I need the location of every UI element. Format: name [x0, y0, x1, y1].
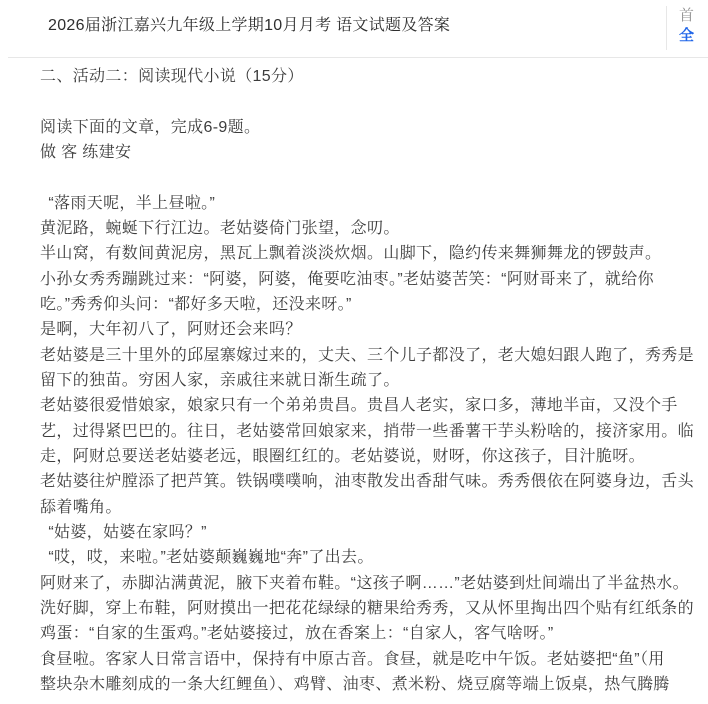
text-line: 半山窝，有数间黄泥房，黑瓦上飘着淡淡炊烟。山脚下，隐约传来舞狮舞龙的锣鼓声。: [40, 241, 698, 266]
text-line: 整块杂木雕刻成的一条大红鲤鱼）、鸡臂、油枣、煮米粉、烧豆腐等端上饭桌，热气腾腾: [40, 672, 698, 697]
text-line: 留下的独苗。穷困人家，亲戚往来就日渐生疏了。: [40, 368, 698, 393]
page-title: 2026届浙江嘉兴九年级上学期10月月考 语文试题及答案: [48, 15, 450, 36]
text-line: 阿财来了，赤脚沾满黄泥，腋下夹着布鞋。“这孩子啊……”老姑婆到灶间端出了半盆热水…: [40, 571, 698, 596]
text-line: 做 客 练建安: [40, 140, 698, 165]
text-line: 洗好脚，穿上布鞋，阿财摸出一把花花绿绿的糖果给秀秀，又从怀里掏出四个贴有红纸条的: [40, 596, 698, 621]
nav-link-home[interactable]: 首: [679, 7, 708, 25]
text-line: 黄泥路，蜿蜒下行江边。老姑婆倚门张望，念叨。: [40, 216, 698, 241]
header-nav: 首 全: [666, 6, 708, 50]
text-line: 鸡蛋：“自家的生蛋鸡。”老姑婆接过，放在香案上：“自家人，客气啥呀。”: [40, 621, 698, 646]
text-line: 食昼啦。客家人日常言语中，保持有中原古音。食昼，就是吃中午饭。老姑婆把“鱼”（用: [40, 647, 698, 672]
header: 2026届浙江嘉兴九年级上学期10月月考 语文试题及答案 首 全: [0, 0, 708, 57]
text-line: 是啊，大年初八了，阿财还会来吗？: [40, 317, 698, 342]
page: 2026届浙江嘉兴九年级上学期10月月考 语文试题及答案 首 全 二、活动二：阅…: [0, 0, 708, 704]
section-heading: 二、活动二：阅读现代小说（15分）: [40, 64, 698, 89]
text-line: 舔着嘴角。: [40, 495, 698, 520]
text-line: 艺，过得紧巴巴的。往日，老姑婆常回娘家来，捎带一些番薯干芋头粉啥的，接济家用。临: [40, 419, 698, 444]
intro-lines: 阅读下面的文章，完成6-9题。做 客 练建安: [40, 115, 698, 166]
story-lines: “落雨天呢，半上昼啦。”黄泥路，蜿蜒下行江边。老姑婆倚门张望，念叨。半山窝，有数…: [40, 191, 698, 698]
text-line: 阅读下面的文章，完成6-9题。: [40, 115, 698, 140]
text-line: 老姑婆是三十里外的邱屋寨嫁过来的，丈夫、三个儿子都没了，老大媳妇跟人跑了，秀秀是: [40, 343, 698, 368]
nav-link-all[interactable]: 全: [679, 27, 708, 45]
text-line: “姑婆，姑婆在家吗？”: [40, 520, 698, 545]
text-line: 吃。”秀秀仰头问：“都好多天啦，还没来呀。”: [40, 292, 698, 317]
text-line: 走，阿财总要送老姑婆老远，眼圈红红的。老姑婆说，财呀，你这孩子，目汁脆呀。: [40, 444, 698, 469]
text-line: “哎，哎，来啦。”老姑婆颠巍巍地“奔”了出去。: [40, 545, 698, 570]
text-line: 小孙女秀秀蹦跳过来：“阿婆，阿婆，俺要吃油枣。”老姑婆苦笑：“阿财哥来了，就给你: [40, 267, 698, 292]
text-line: 老姑婆往炉膛添了把芦箕。铁锅噗噗响，油枣散发出香甜气味。秀秀偎依在阿婆身边，舌头: [40, 469, 698, 494]
text-line: 老姑婆很爱惜娘家，娘家只有一个弟弟贵昌。贵昌人老实，家口多，薄地半亩，又没个手: [40, 393, 698, 418]
document-body: 二、活动二：阅读现代小说（15分） 阅读下面的文章，完成6-9题。做 客 练建安…: [0, 58, 708, 704]
text-line: “落雨天呢，半上昼啦。”: [40, 191, 698, 216]
